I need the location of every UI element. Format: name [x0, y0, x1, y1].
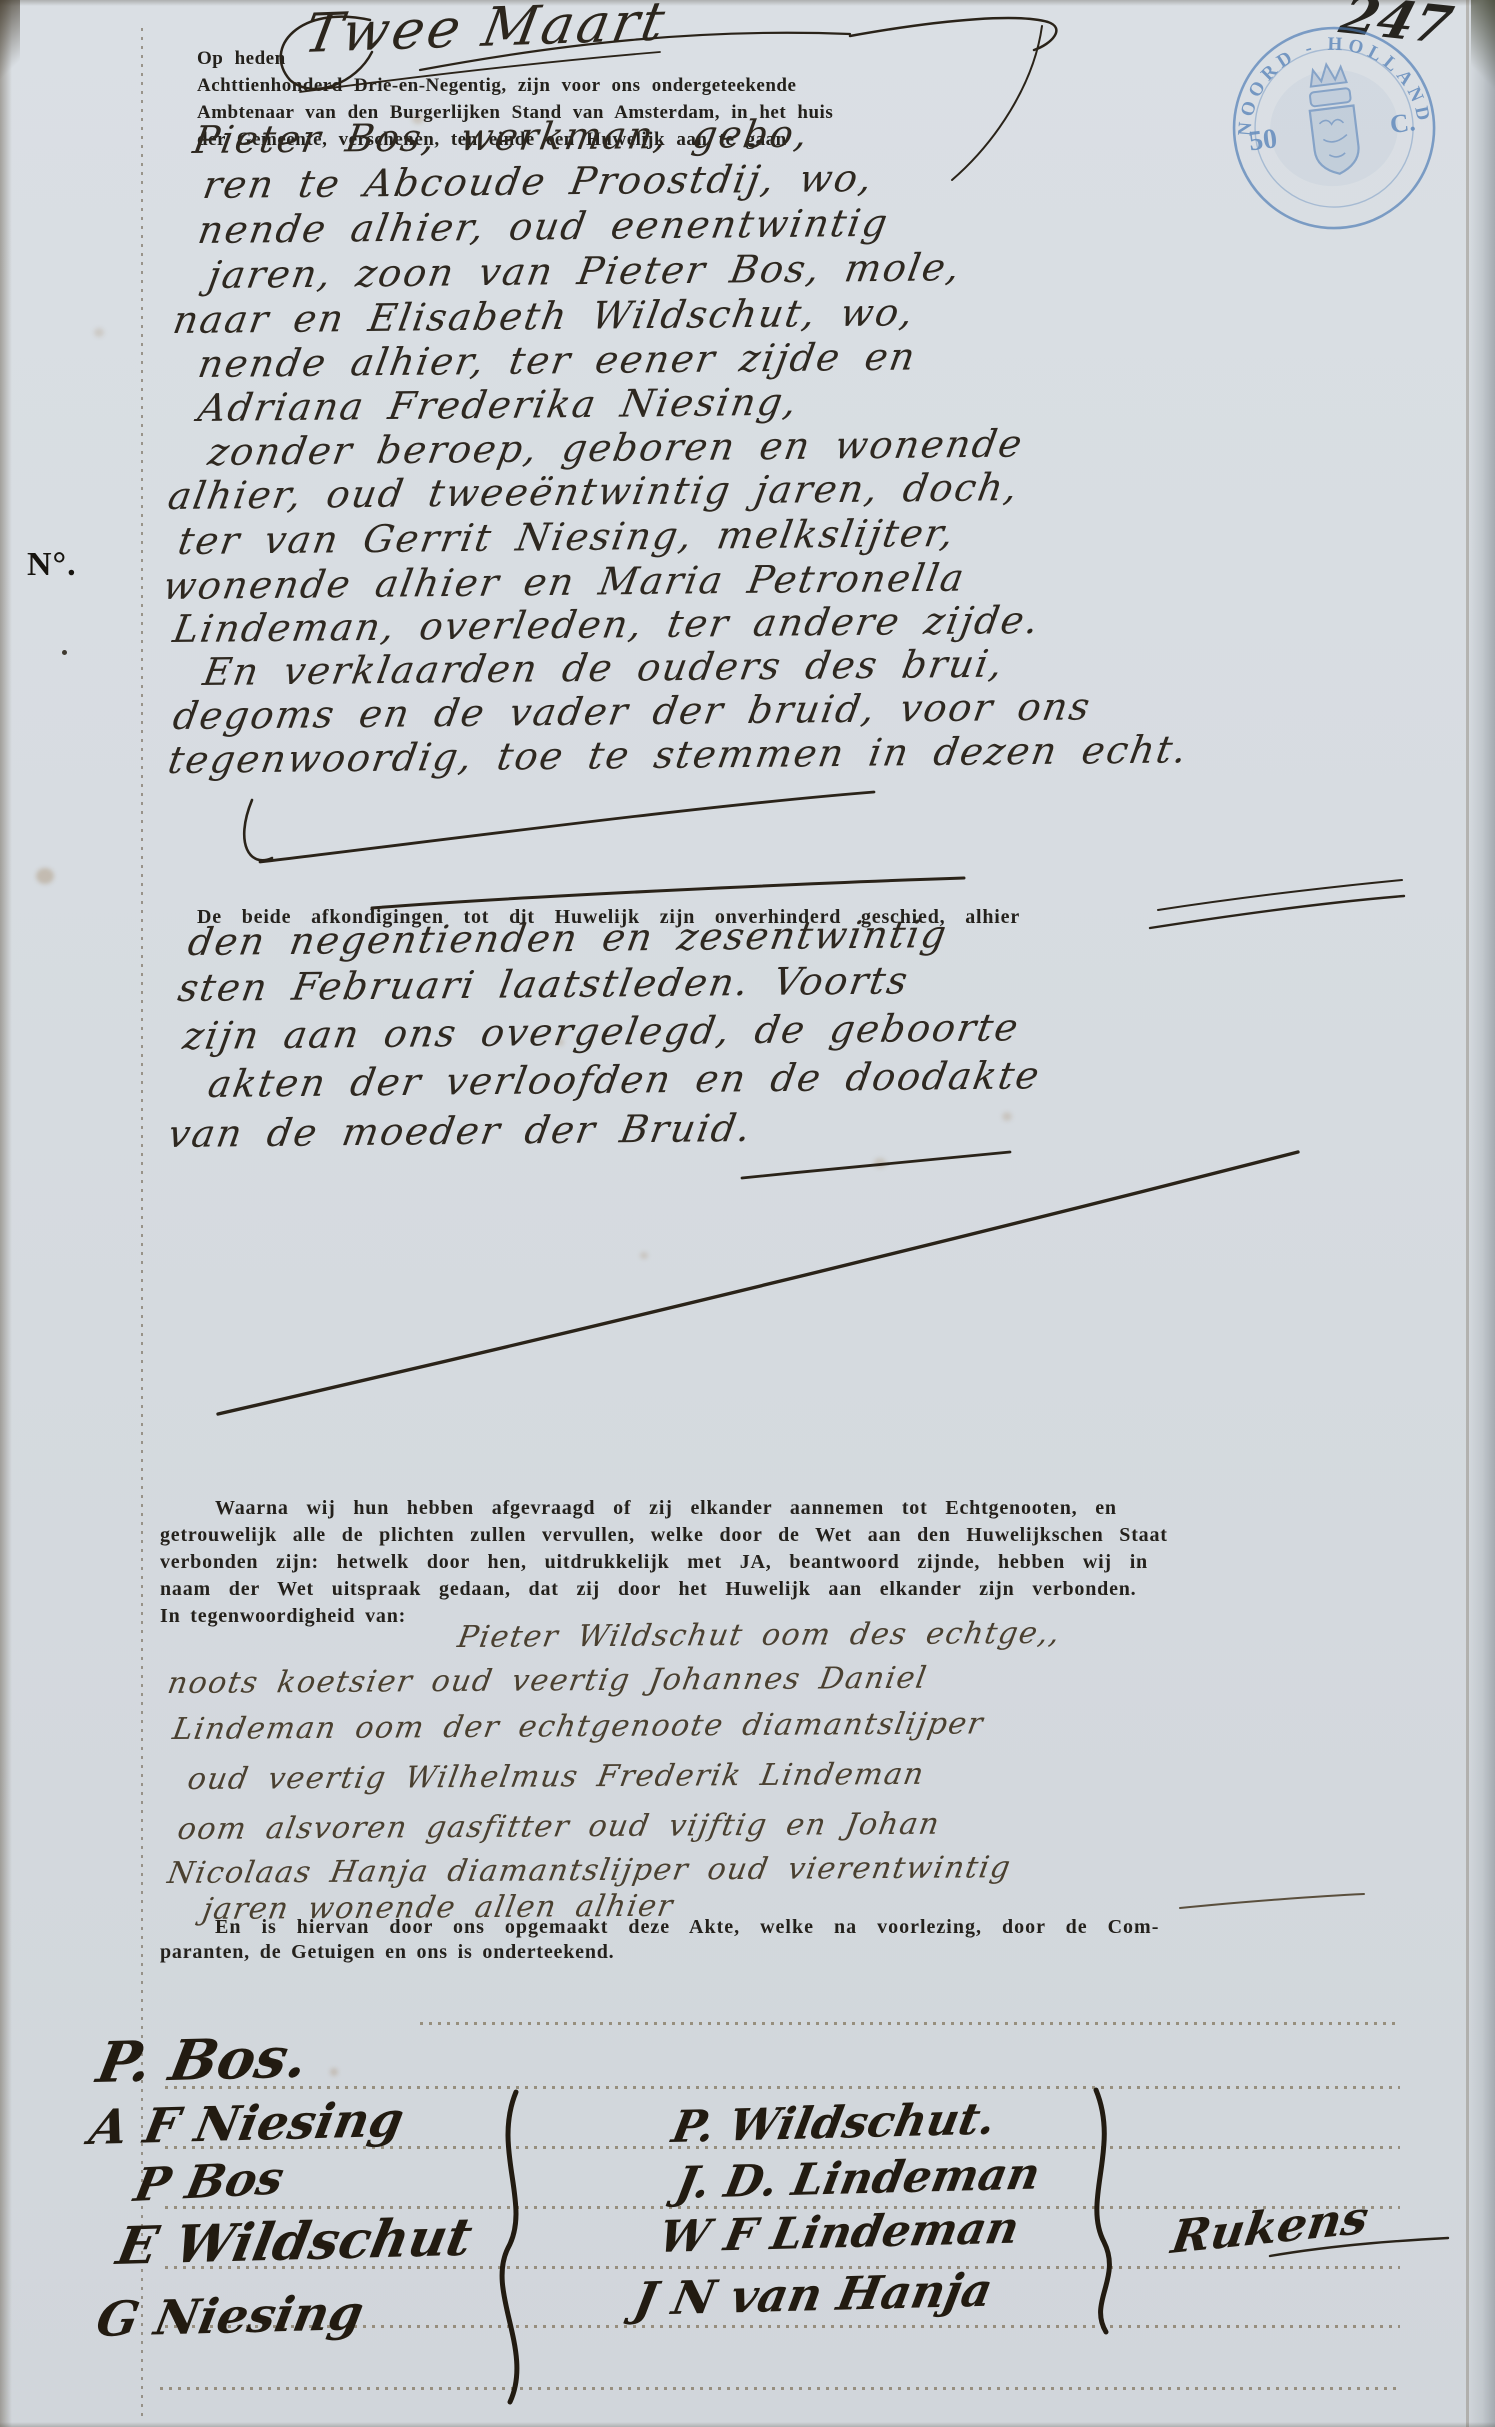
- marriage-certificate-scan: N°. 247 NOORD - HOLLAND 50 C. Op heden T…: [0, 0, 1495, 2427]
- script-flourish: [244, 800, 272, 860]
- witness-brace-left: [502, 2092, 517, 2402]
- script-flourish: [1150, 896, 1404, 928]
- date-flourish: [420, 33, 850, 70]
- registrar-flourish: [1270, 2238, 1448, 2256]
- paragraph-separator-stroke: [372, 878, 964, 908]
- script-flourish: [260, 792, 874, 862]
- date-flourish: [300, 52, 660, 92]
- script-flourish: [1158, 880, 1402, 910]
- witness-brace-right: [1096, 2090, 1109, 2332]
- empty-space-strike-line: [218, 1152, 1298, 1414]
- date-flourish: [281, 17, 372, 89]
- date-flourish: [952, 26, 1042, 180]
- script-flourish: [1180, 1894, 1364, 1908]
- script-flourish: [742, 1152, 1010, 1178]
- date-flourish: [850, 18, 1056, 50]
- ink-strokes-overlay: [0, 0, 1495, 2427]
